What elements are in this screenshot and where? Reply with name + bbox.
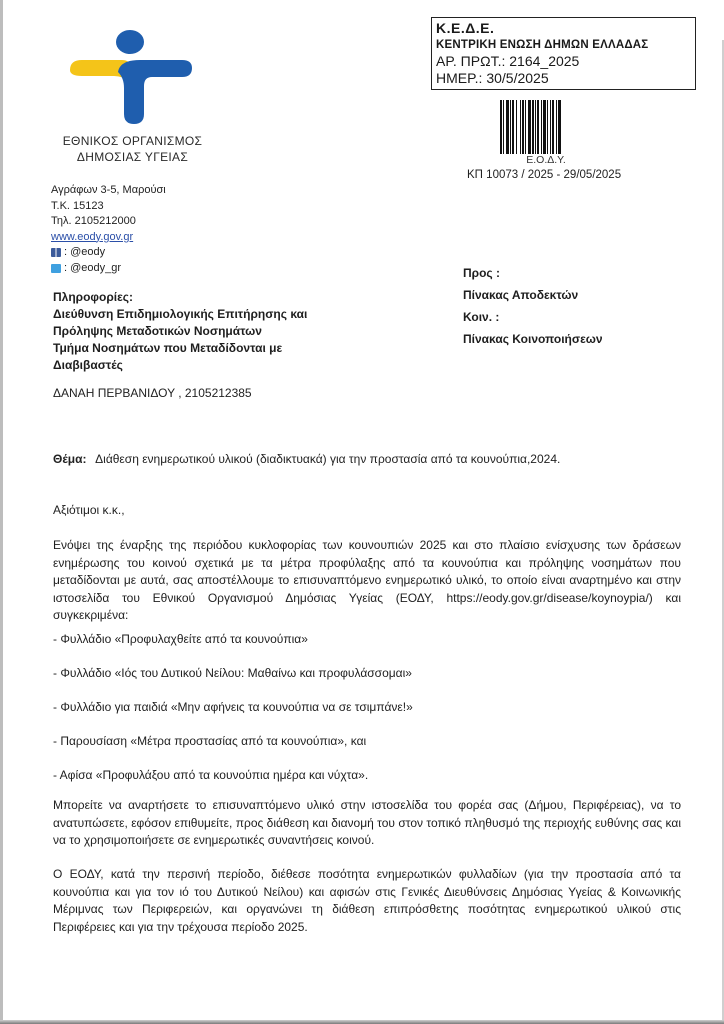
protocol-number: ΚΠ 10073 / 2025 - 29/05/2025	[467, 169, 621, 181]
body-paragraph-1: Ενόψει της έναρξης της περιόδου κυκλοφορ…	[53, 537, 681, 625]
stamp-protocol-number: ΑΡ. ΠΡΩΤ.: 2164_2025	[436, 53, 691, 70]
barcode-icon	[500, 100, 592, 154]
department-line: Διαβιβαστές	[53, 357, 307, 374]
registration-stamp: Κ.Ε.Δ.Ε. ΚΕΝΤΡΙΚΗ ΕΝΩΣΗ ΔΗΜΩΝ ΕΛΛΑΔΑΣ ΑΡ…	[431, 17, 696, 90]
scan-edge-left	[0, 0, 3, 1024]
twitter-handle-text: : @eody_gr	[64, 261, 121, 277]
cc-value: Πίνακας Κοινοποιήσεων	[463, 328, 603, 350]
information-block: Πληροφορίες: Διεύθυνση Επιδημιολογικής Ε…	[53, 289, 307, 374]
organization-name: ΕΘΝΙΚΟΣ ΟΡΓΑΝΙΣΜΟΣ ΔΗΜΟΣΙΑΣ ΥΓΕΙΑΣ	[40, 133, 225, 165]
salutation: Αξιότιμοι κ.κ.,	[53, 503, 125, 517]
body-paragraph-3: Ο ΕΟΔΥ, κατά την περσινή περίοδο, διέθεσ…	[53, 866, 681, 936]
address-phone: Τηλ. 2105212000	[51, 214, 166, 230]
address-postal-code: Τ.Κ. 15123	[51, 199, 166, 215]
barcode-label: Ε.Ο.Δ.Υ.	[500, 154, 592, 166]
cc-label: Κοιν. :	[463, 306, 603, 328]
material-list-item: - Παρουσίαση «Μέτρα προστασίας από τα κο…	[53, 733, 413, 767]
material-list-item: - Φυλλάδιο «Ιός του Δυτικού Νείλου: Μαθα…	[53, 665, 413, 699]
twitter-icon	[51, 264, 61, 273]
to-label: Προς :	[463, 262, 603, 284]
stamp-title: Κ.Ε.Δ.Ε.	[436, 20, 691, 37]
information-label: Πληροφορίες:	[53, 289, 307, 306]
department-line: Τμήμα Νοσημάτων που Μεταδίδονται με	[53, 340, 307, 357]
department-line: Διεύθυνση Επιδημιολογικής Επιτήρησης και	[53, 306, 307, 323]
material-list-item: - Φυλλάδιο για παιδιά «Μην αφήνεις τα κο…	[53, 699, 413, 733]
facebook-icon	[51, 248, 61, 257]
twitter-handle: : @eody_gr	[51, 261, 166, 277]
department-line: Πρόληψης Μεταδοτικών Νοσημάτων	[53, 323, 307, 340]
to-value: Πίνακας Αποδεκτών	[463, 284, 603, 306]
facebook-handle: : @eody	[51, 245, 166, 261]
eody-logo-icon	[60, 28, 200, 128]
contact-person: ΔΑΝΑΗ ΠΕΡΒΑΝΙΔΟΥ , 2105212385	[53, 386, 252, 400]
subject-label: Θέμα:	[53, 452, 86, 466]
organization-name-line2: ΔΗΜΟΣΙΑΣ ΥΓΕΙΑΣ	[40, 149, 225, 165]
address-street: Αγράφων 3-5, Μαρούσι	[51, 183, 166, 199]
subject-text: Διάθεση ενημερωτικού υλικού (διαδικτυακά…	[95, 452, 560, 466]
body-paragraph-2: Μπορείτε να αναρτήσετε το επισυναπτόμενο…	[53, 797, 681, 850]
website-link[interactable]: www.eody.gov.gr	[51, 230, 166, 246]
address-block: Αγράφων 3-5, Μαρούσι Τ.Κ. 15123 Τηλ. 210…	[51, 183, 166, 276]
material-list: - Φυλλάδιο «Προφυλαχθείτε από τα κουνούπ…	[53, 631, 413, 801]
stamp-date: ΗΜΕΡ.: 30/5/2025	[436, 70, 691, 87]
recipients-block: Προς : Πίνακας Αποδεκτών Κοιν. : Πίνακας…	[463, 262, 603, 350]
organization-name-line1: ΕΘΝΙΚΟΣ ΟΡΓΑΝΙΣΜΟΣ	[40, 133, 225, 149]
material-list-item: - Αφίσα «Προφυλάξου από τα κουνούπια ημέ…	[53, 767, 413, 801]
scan-edge-bottom	[0, 1020, 724, 1024]
subject-line: Θέμα: Διάθεση ενημερωτικού υλικού (διαδι…	[53, 452, 560, 466]
material-list-item: - Φυλλάδιο «Προφυλαχθείτε από τα κουνούπ…	[53, 631, 413, 665]
stamp-organization: ΚΕΝΤΡΙΚΗ ΕΝΩΣΗ ΔΗΜΩΝ ΕΛΛΑΔΑΣ	[436, 37, 691, 53]
facebook-handle-text: : @eody	[64, 245, 105, 261]
